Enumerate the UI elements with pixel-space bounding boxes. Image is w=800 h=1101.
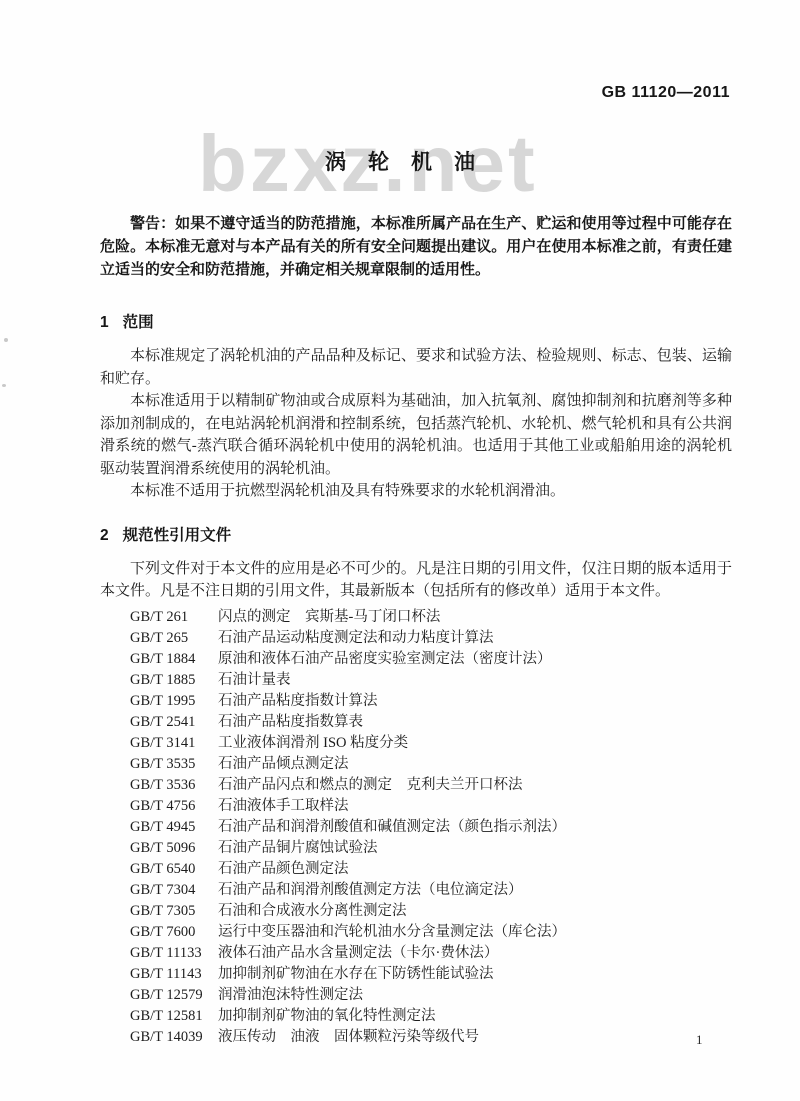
reference-item: GB/T 14039液压传动 油液 固体颗粒污染等级代号: [130, 1027, 732, 1048]
reference-item: GB/T 12581加抑制剂矿物油的氧化特性测定法: [130, 1006, 732, 1027]
reference-item: GB/T 1885石油计量表: [130, 670, 732, 691]
reference-item: GB/T 4756石油液体手工取样法: [130, 796, 732, 817]
reference-title: 石油产品粘度指数算表: [218, 712, 363, 733]
section-heading-normative-references: 2规范性引用文件: [100, 523, 732, 545]
reference-item: GB/T 11143加抑制剂矿物油在水存在下防锈性能试验法: [130, 964, 732, 985]
reference-code: GB/T 3536: [130, 775, 218, 796]
reference-item: GB/T 11133液体石油产品水含量测定法（卡尔·费休法）: [130, 943, 732, 964]
reference-title: 石油产品铜片腐蚀试验法: [218, 838, 378, 859]
reference-code: GB/T 7304: [130, 880, 218, 901]
section-number: 2: [100, 527, 109, 544]
reference-title: 石油液体手工取样法: [218, 796, 349, 817]
reference-code: GB/T 1995: [130, 691, 218, 712]
reference-title: 石油产品和润滑剂酸值测定方法（电位滴定法）: [218, 880, 523, 901]
reference-title: 石油产品运动粘度测定法和动力粘度计算法: [218, 628, 494, 649]
reference-code: GB/T 7600: [130, 922, 218, 943]
page-number: 1: [696, 1032, 703, 1048]
reference-title: 工业液体润滑剂 ISO 粘度分类: [218, 733, 408, 754]
reference-code: GB/T 2541: [130, 712, 218, 733]
section-title: 规范性引用文件: [123, 527, 232, 544]
reference-title: 运行中变压器油和汽轮机油水分含量测定法（库仑法）: [218, 922, 566, 943]
reference-title: 加抑制剂矿物油的氧化特性测定法: [218, 1006, 436, 1027]
reference-code: GB/T 5096: [130, 838, 218, 859]
reference-code: GB/T 7305: [130, 901, 218, 922]
section-number: 1: [100, 314, 109, 331]
document-body: 警告：如果不遵守适当的防范措施，本标准所属产品在生产、贮运和使用等过程中可能存在…: [100, 212, 732, 1048]
reference-title: 石油产品闪点和燃点的测定 克利夫兰开口杯法: [218, 775, 523, 796]
reference-code: GB/T 265: [130, 628, 218, 649]
references-intro-paragraph: 下列文件对于本文件的应用是必不可少的。凡是注日期的引用文件，仅注日期的版本适用于…: [100, 558, 732, 603]
reference-title: 闪点的测定 宾斯基-马丁闭口杯法: [218, 607, 440, 628]
reference-code: GB/T 4756: [130, 796, 218, 817]
reference-title: 石油产品和润滑剂酸值和碱值测定法（颜色指示剂法）: [218, 817, 566, 838]
reference-item: GB/T 1995石油产品粘度指数计算法: [130, 691, 732, 712]
reference-code: GB/T 12581: [130, 1006, 218, 1027]
normative-reference-list: GB/T 261闪点的测定 宾斯基-马丁闭口杯法 GB/T 265石油产品运动粘…: [100, 607, 732, 1048]
reference-item: GB/T 12579润滑油泡沫特性测定法: [130, 985, 732, 1006]
reference-item: GB/T 6540石油产品颜色测定法: [130, 859, 732, 880]
reference-code: GB/T 1884: [130, 649, 218, 670]
scope-paragraph: 本标准规定了涡轮机油的产品品种及标记、要求和试验方法、检验规则、标志、包装、运输…: [100, 345, 732, 390]
reference-item: GB/T 3535石油产品倾点测定法: [130, 754, 732, 775]
reference-item: GB/T 7305石油和合成液水分离性测定法: [130, 901, 732, 922]
scan-speck: [4, 338, 8, 342]
reference-title: 石油产品颜色测定法: [218, 859, 349, 880]
reference-code: GB/T 14039: [130, 1027, 218, 1048]
reference-code: GB/T 3535: [130, 754, 218, 775]
reference-title: 石油计量表: [218, 670, 291, 691]
reference-title: 石油产品粘度指数计算法: [218, 691, 378, 712]
reference-code: GB/T 12579: [130, 985, 218, 1006]
reference-code: GB/T 261: [130, 607, 218, 628]
reference-code: GB/T 11133: [130, 943, 218, 964]
reference-title: 液压传动 油液 固体颗粒污染等级代号: [218, 1027, 479, 1048]
reference-code: GB/T 11143: [130, 964, 218, 985]
reference-title: 原油和液体石油产品密度实验室测定法（密度计法）: [218, 649, 552, 670]
reference-title: 加抑制剂矿物油在水存在下防锈性能试验法: [218, 964, 494, 985]
reference-item: GB/T 261闪点的测定 宾斯基-马丁闭口杯法: [130, 607, 732, 628]
reference-title: 石油和合成液水分离性测定法: [218, 901, 407, 922]
reference-item: GB/T 7304石油产品和润滑剂酸值测定方法（电位滴定法）: [130, 880, 732, 901]
reference-item: GB/T 2541石油产品粘度指数算表: [130, 712, 732, 733]
reference-item: GB/T 5096石油产品铜片腐蚀试验法: [130, 838, 732, 859]
scan-speck: [2, 384, 6, 387]
scope-paragraph: 本标准适用于以精制矿物油或合成原料为基础油，加入抗氧剂、腐蚀抑制剂和抗磨剂等多种…: [100, 390, 732, 480]
standard-code: GB 11120—2011: [602, 84, 730, 102]
reference-code: GB/T 3141: [130, 733, 218, 754]
reference-item: GB/T 3536石油产品闪点和燃点的测定 克利夫兰开口杯法: [130, 775, 732, 796]
document-title: 涡轮机油: [0, 146, 800, 176]
reference-title: 液体石油产品水含量测定法（卡尔·费休法）: [218, 943, 498, 964]
reference-item: GB/T 3141工业液体润滑剂 ISO 粘度分类: [130, 733, 732, 754]
section-title: 范围: [123, 314, 154, 331]
scope-paragraph: 本标准不适用于抗燃型涡轮机油及具有特殊要求的水轮机润滑油。: [100, 480, 732, 503]
reference-item: GB/T 7600运行中变压器油和汽轮机油水分含量测定法（库仑法）: [130, 922, 732, 943]
reference-title: 石油产品倾点测定法: [218, 754, 349, 775]
reference-code: GB/T 4945: [130, 817, 218, 838]
reference-title: 润滑油泡沫特性测定法: [218, 985, 363, 1006]
scanned-page: bzxz.net GB 11120—2011 涡轮机油 警告：如果不遵守适当的防…: [0, 0, 800, 1101]
reference-item: GB/T 265石油产品运动粘度测定法和动力粘度计算法: [130, 628, 732, 649]
warning-paragraph: 警告：如果不遵守适当的防范措施，本标准所属产品在生产、贮运和使用等过程中可能存在…: [100, 212, 732, 281]
section-heading-scope: 1范围: [100, 310, 732, 332]
reference-item: GB/T 4945石油产品和润滑剂酸值和碱值测定法（颜色指示剂法）: [130, 817, 732, 838]
reference-item: GB/T 1884原油和液体石油产品密度实验室测定法（密度计法）: [130, 649, 732, 670]
reference-code: GB/T 1885: [130, 670, 218, 691]
reference-code: GB/T 6540: [130, 859, 218, 880]
